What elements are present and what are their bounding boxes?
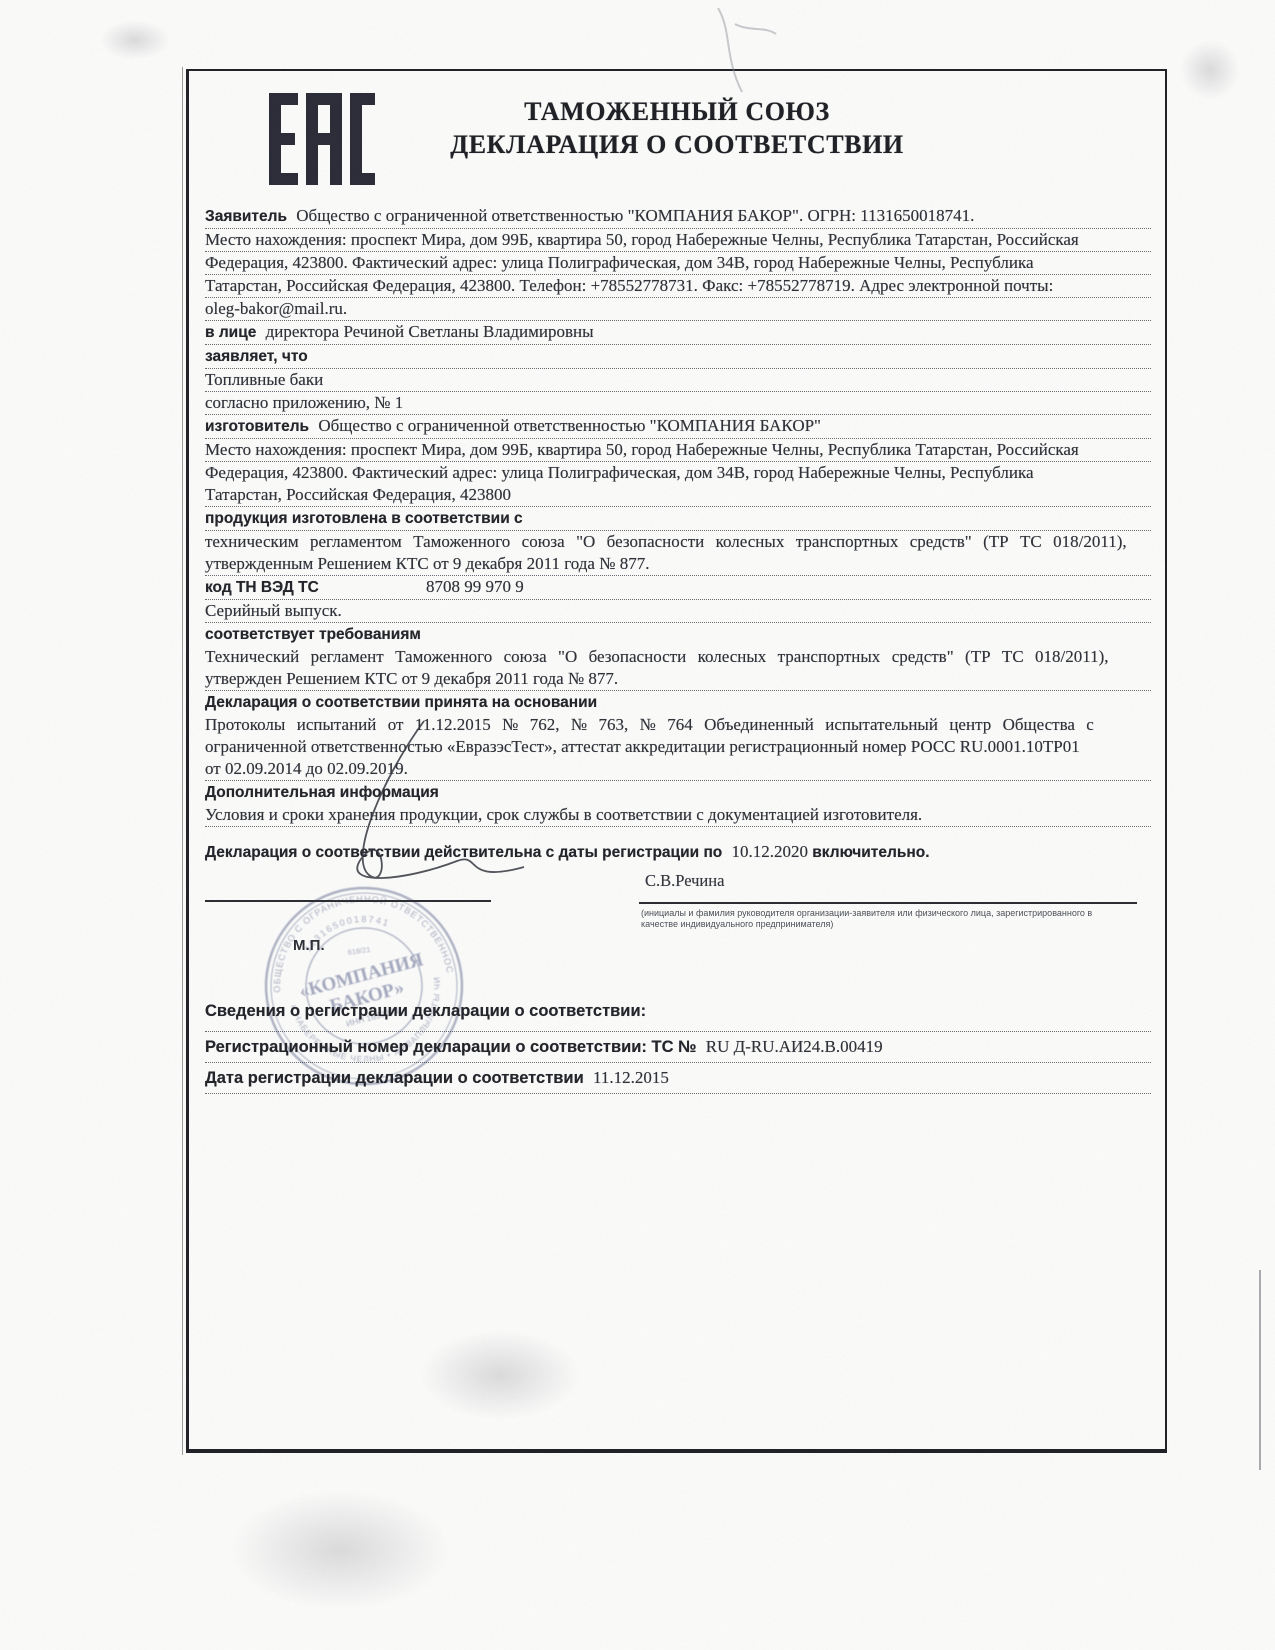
line-label: Заявитель <box>205 208 287 225</box>
line-value: Серийный выпуск. <box>205 601 342 620</box>
form-line: Заявитель Общество с ограниченной ответс… <box>205 205 1151 229</box>
document-frame: ТАМОЖЕННЫЙ СОЮЗ ДЕКЛАРАЦИЯ О СООТВЕТСТВИ… <box>186 69 1167 1453</box>
line-value: утвержден Решением КТС от 9 декабря 2011… <box>205 669 618 688</box>
line-value: согласно приложению, № 1 <box>205 393 403 412</box>
line-label: Регистрационный номер декларации о соотв… <box>205 1038 696 1056</box>
signature-line <box>205 900 491 902</box>
form-line: в лице директора Речиной Светланы Владим… <box>205 321 1151 345</box>
form-line: Татарстан, Российская Федерация, 423800.… <box>205 275 1151 298</box>
scan-blotch <box>100 20 170 60</box>
line-value: Общество с ограниченной ответственностью… <box>296 206 974 225</box>
stamp-small-mark: 618/21 <box>347 945 371 957</box>
signee-rule-line <box>639 902 1137 904</box>
form-line: продукция изготовлена в соответствии с <box>205 507 1151 531</box>
page: ТАМОЖЕННЫЙ СОЮЗ ДЕКЛАРАЦИЯ О СООТВЕТСТВИ… <box>0 0 1275 1650</box>
form-line: техническим регламентом Таможенного союз… <box>205 531 1151 553</box>
line-label: продукция изготовлена в соответствии с <box>205 510 523 527</box>
line-value: 8708 99 970 9 <box>426 577 524 596</box>
line-value: RU Д-RU.АИ24.В.00419 <box>706 1037 883 1056</box>
line-value: Технический регламент Таможенного союза … <box>205 647 1109 666</box>
form-line: изготовитель Общество с ограниченной отв… <box>205 415 1151 439</box>
mp-label: М.П. <box>293 937 325 954</box>
form-line: oleg-bakor@mail.ru. <box>205 298 1151 321</box>
line-label: соответствует требованиям <box>205 626 421 643</box>
line-value: Федерация, 423800. Фактический адрес: ул… <box>205 253 1034 272</box>
line-value: oleg-bakor@mail.ru. <box>205 299 347 318</box>
line-value: Татарстан, Российская Федерация, 423800 <box>205 485 511 504</box>
line-value: Топливные баки <box>205 370 323 389</box>
form-line: Место нахождения: проспект Мира, дом 99Б… <box>205 439 1151 462</box>
line-label: включительно. <box>812 844 929 861</box>
line-label: код ТН ВЭД ТС <box>205 579 319 596</box>
line-value: утвержденным Решением КТС от 9 декабря 2… <box>205 554 649 573</box>
line-value: Общество с ограниченной ответственностью… <box>318 416 821 435</box>
form-line: Федерация, 423800. Фактический адрес: ул… <box>205 252 1151 275</box>
line-label: изготовитель <box>205 418 309 435</box>
line-value: 11.12.2015 <box>593 1068 669 1087</box>
line-value: директора Речиной Светланы Владимировны <box>266 322 594 341</box>
form-line: Регистрационный номер декларации о соотв… <box>205 1032 1151 1063</box>
line-value: Федерация, 423800. Фактический адрес: ул… <box>205 463 1034 482</box>
form-line: Сведения о регистрации декларации о соот… <box>205 991 1151 1032</box>
scan-blotch <box>230 1490 450 1610</box>
line-label: Дата регистрации декларации о соответств… <box>205 1069 584 1087</box>
title-line-1: ТАМОЖЕННЫЙ СОЮЗ <box>189 95 1165 128</box>
registration-section: Сведения о регистрации декларации о соот… <box>205 991 1151 1094</box>
signee-caption: (инициалы и фамилия руководителя организ… <box>641 908 1123 930</box>
line-value: техническим регламентом Таможенного союз… <box>205 532 1127 551</box>
form-line: заявляет, что <box>205 345 1151 369</box>
scan-blotch <box>1180 40 1240 100</box>
line-label: в лице <box>205 324 256 341</box>
form-line: Федерация, 423800. Фактический адрес: ул… <box>205 462 1151 484</box>
line-label: Сведения о регистрации декларации о соот… <box>205 1002 646 1020</box>
form-line: Дата регистрации декларации о соответств… <box>205 1063 1151 1094</box>
signature-scribble <box>219 709 549 909</box>
line-value: Место нахождения: проспект Мира, дом 99Б… <box>205 230 1079 249</box>
form-line: утвержден Решением КТС от 9 декабря 2011… <box>205 668 1151 691</box>
title-line-2: ДЕКЛАРАЦИЯ О СООТВЕТСТВИИ <box>189 128 1165 161</box>
scan-edge-artifact <box>1259 1270 1261 1470</box>
signee-name: С.В.Речина <box>645 871 724 891</box>
form-line: согласно приложению, № 1 <box>205 392 1151 415</box>
line-label: заявляет, что <box>205 348 308 365</box>
line-value: Татарстан, Российская Федерация, 423800.… <box>205 276 1053 295</box>
form-line: утвержденным Решением КТС от 9 декабря 2… <box>205 553 1151 576</box>
line-value: Место нахождения: проспект Мира, дом 99Б… <box>205 440 1079 459</box>
form-line: Серийный выпуск. <box>205 600 1151 623</box>
form-line: Место нахождения: проспект Мира, дом 99Б… <box>205 229 1151 252</box>
pen-mark-artifact <box>680 4 810 99</box>
document-title: ТАМОЖЕННЫЙ СОЮЗ ДЕКЛАРАЦИЯ О СООТВЕТСТВИ… <box>189 95 1165 161</box>
form-line: Технический регламент Таможенного союза … <box>205 646 1151 668</box>
form-line: Татарстан, Российская Федерация, 423800 <box>205 484 1151 507</box>
line-value: 10.12.2020 <box>732 842 809 861</box>
form-line: код ТН ВЭД ТС 8708 99 970 9 <box>205 576 1151 600</box>
scanned-declaration-page: { "header": { "logo_text": "EAC", "title… <box>0 0 1275 1650</box>
form-line: Топливные баки <box>205 369 1151 392</box>
form-line: соответствует требованиям <box>205 623 1151 646</box>
